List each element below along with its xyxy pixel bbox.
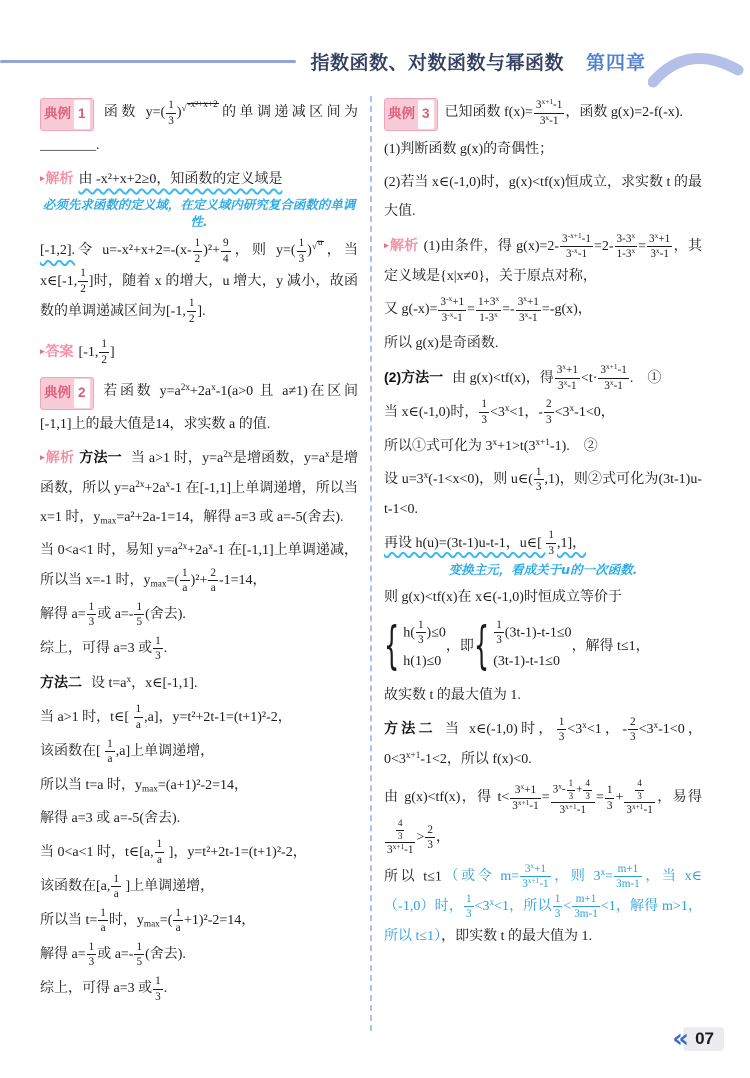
fraction-denominator: a <box>155 853 165 868</box>
math-text: 所以①式可化为 3x+1>t(3x+1-1). ② <box>384 439 598 454</box>
superscript: √u <box>312 241 324 251</box>
fraction-numerator: 1 <box>546 528 556 544</box>
fraction-denominator: 3 <box>567 791 575 803</box>
fraction-denominator: 3x-1 <box>647 247 672 262</box>
math-text: 当 x∈(-1,0)时，13<3x<1，-23<3x-1<0， <box>384 405 615 420</box>
math-text: 所以 g(x)是奇函数. <box>384 336 498 351</box>
fraction-numerator: 3x+1 <box>516 295 541 311</box>
text-line: 方法二当 x∈(-1,0)时，13<3x<1，-23<3x-1<0，0<3x+1… <box>384 714 702 774</box>
fraction-denominator: 3 <box>416 633 426 648</box>
fraction-numerator: 1 <box>105 737 115 753</box>
fraction-denominator: 3 <box>583 791 591 803</box>
blue-remark-text: （或令 m=3x+13x+1-1，则 3x=m+13m-1，当 x∈（-1,0）… <box>384 869 702 944</box>
system-of-inequalities: {h(13)≤0h(1)≤0 <box>384 618 446 676</box>
fraction-denominator: 1-3x <box>615 247 638 262</box>
fraction: 43 <box>634 778 644 802</box>
fraction-numerator: 3-3x <box>615 232 638 248</box>
fraction-denominator: 5 <box>134 615 144 630</box>
fraction: 13 <box>86 940 98 970</box>
fraction-denominator: 3x+1-1 <box>510 799 540 814</box>
textbook-page: 指数函数、对数函数与幂函数 第四章 典例1函数 y=(13)√-x²+x+2的单… <box>0 0 750 1078</box>
analysis-label: ▸解析 <box>384 237 419 253</box>
fraction: 1a <box>110 872 122 902</box>
math-text: 由 g(x)<tf(x)，得 t<3x+13x+1-1=3x-13+433x+1… <box>384 790 702 845</box>
fraction-denominator: 3 <box>87 955 97 970</box>
superscript: x <box>523 294 527 303</box>
math-text: 当 0<a<1 时，t∈[a,1a ]，y=t²+2t-1=(t+1)²-2， <box>40 845 307 860</box>
superscript: x <box>601 867 606 877</box>
math-text: 当 0<a<1 时，易知 y=a2x+2ax-1 在[-1,1]上单调递减，所以… <box>40 543 358 588</box>
superscript: x+1 <box>393 842 405 851</box>
math-text: 则 g(x)<tf(x)在 x∈(-1,0)时恒成立等价于 <box>384 590 622 605</box>
fraction: 1a <box>154 837 166 867</box>
wavy-underlined-text: 由 -x²+x+2≥0，知函数的定义域是 <box>79 172 283 187</box>
content-columns: 典例1函数 y=(13)√-x²+x+2的单调递减区间为________.▸解析… <box>0 84 750 1046</box>
fraction-numerator: 1 <box>153 974 163 990</box>
fraction-numerator: 1 <box>111 872 121 888</box>
fraction-numerator: 3x+1 <box>647 232 672 248</box>
fraction: 23 <box>543 397 555 427</box>
fraction-numerator: 1 <box>134 600 144 616</box>
superscript: x <box>655 230 659 239</box>
text-line: 解得 a=13或 a=-15(舍去). <box>40 940 358 970</box>
superscript: -x <box>446 294 452 303</box>
case-row: h(1)≤0 <box>403 649 446 676</box>
math-text: [-1,12] <box>79 345 115 360</box>
superscript: x <box>530 861 534 870</box>
math-text: 综上，可得 a=3 或13. <box>40 641 167 656</box>
fraction-denominator: 3 <box>87 615 97 630</box>
fraction-numerator: 1 <box>87 600 97 616</box>
text-line: 所以 t≤1（或令 m=3x+13x+1-1，则 3x=m+13m-1，当 x∈… <box>384 862 702 952</box>
superscript: x <box>654 720 659 730</box>
fraction-numerator: 3x-13+43 <box>551 778 595 803</box>
fraction: 1a <box>97 906 109 936</box>
fraction: 12 <box>186 296 198 326</box>
superscript: x <box>656 246 660 255</box>
wavy-underlined-text: 再设 h(u)=(3t-1)u-t-1，u∈[ 13,1]， <box>384 536 586 551</box>
fraction: 13 <box>296 236 308 266</box>
fraction: 12 <box>98 337 110 367</box>
fraction-numerator: 1 <box>193 236 203 252</box>
fraction-denominator: 3 <box>479 413 489 428</box>
superscript: x <box>505 403 510 413</box>
superscript: x <box>211 382 216 392</box>
fraction-denominator: 3x+1-1 <box>520 877 550 892</box>
fraction: 15 <box>133 940 145 970</box>
math-text: 由 -x²+x+2≥0，知函数的定义域是 <box>79 172 283 187</box>
fraction-denominator: a <box>173 921 183 936</box>
fraction-denominator: 3 <box>166 114 176 129</box>
fraction: 43 <box>395 818 405 842</box>
fraction-numerator: 1 <box>155 837 165 853</box>
fraction-numerator: 1 <box>166 98 176 114</box>
text-line: 解得 a=3 或 a=-5(舍去). <box>40 804 358 833</box>
math-text: 由 g(x)<tf(x)，得3x+13x-1<t·3x+1-13x-1. ① <box>452 371 661 386</box>
fraction: 3x+13x+1-1 <box>519 862 551 892</box>
superscript: √-x²+x+2 <box>182 103 219 113</box>
fraction-denominator: a <box>134 718 144 733</box>
text-line: 设 u=3x(-1<x<0)，则 u∈(13,1)，则②式可化为(3t-1)u-… <box>384 465 702 525</box>
superscript: x+1 <box>606 362 618 371</box>
superscript: x <box>495 294 499 303</box>
text-line: ▸答案[-1,12] <box>40 337 358 368</box>
fraction: 23 <box>627 715 639 745</box>
fraction-denominator: 1-3x <box>476 311 501 326</box>
text-line: 由 g(x)<tf(x)，得 t<3x+13x+1-1=3x-13+433x+1… <box>384 778 702 858</box>
fraction-numerator: 1 <box>464 892 474 908</box>
fraction: 94 <box>220 236 232 266</box>
fraction-denominator: 2 <box>78 282 88 297</box>
text-line: {h(13)≤0h(1)≤0，即{13(3t-1)-t-1≤0(3t-1)-t-… <box>384 617 702 677</box>
math-text: 解得 a=13或 a=-15(舍去). <box>40 947 186 962</box>
fraction-numerator: 1 <box>153 634 163 650</box>
wavy-underlined-text: [-1,2]. <box>40 243 75 258</box>
fraction-denominator: 3x-1 <box>516 311 541 326</box>
left-brace: { <box>384 594 399 700</box>
superscript: 2x <box>178 541 187 551</box>
fraction: 12 <box>192 236 204 266</box>
fraction: 3x+13x-1 <box>515 295 542 325</box>
text-line: 故实数 t 的最大值为 1. <box>384 681 702 710</box>
fraction: m+13m-1 <box>571 892 601 922</box>
text-line: 又 g(-x)=3-x+13-x-1=1+3x1-3x=-3x+13x-1=-g… <box>384 295 702 325</box>
text-line: 所以①式可化为 3x+1>t(3x+1-1). ② <box>384 432 702 461</box>
fraction-denominator: a <box>111 887 121 902</box>
fraction: 433x+1-1 <box>384 818 416 858</box>
math-text: 当 a>1 时，t∈[ 1a,a]，y=t²+2t-1=(t+1)²-2， <box>40 710 292 725</box>
text-line: (2)方法一由 g(x)<tf(x)，得3x+13x-1<t·3x+1-13x-… <box>384 363 702 394</box>
fraction-denominator: 3 <box>605 799 615 814</box>
example-question: 典例1函数 y=(13)√-x²+x+2的单调递减区间为________. <box>40 98 358 160</box>
example-question: 典例2若函数 y=a2x+2ax-1(a>0 且 a≠1)在区间[-1,1]上的… <box>40 377 358 439</box>
case-rows: 13(3t-1)-t-1≤0(3t-1)-t-1≤0 <box>493 618 571 676</box>
radical-sign: √ <box>182 103 187 113</box>
fraction-numerator: 1 <box>134 702 144 718</box>
subscript: max <box>144 918 160 928</box>
fraction: 13 <box>463 892 475 922</box>
radical-sign: √ <box>312 241 317 251</box>
fraction-numerator: 3x+1 <box>555 363 580 379</box>
fraction-numerator: 4 <box>396 818 404 831</box>
fraction-denominator: 3 <box>297 252 307 267</box>
text-line: (2)若当 x∈(-1,0)时，g(x)<tf(x)恒成立，求实数 t 的最大值… <box>384 168 702 227</box>
text-line: 所以当 t=1a时，ymax=(1a+1)²-2=14， <box>40 906 358 936</box>
fraction: 1a <box>133 702 145 732</box>
fraction: 13 <box>152 634 164 664</box>
fraction-denominator: 5 <box>134 955 144 970</box>
fraction-denominator: 3 <box>534 480 544 495</box>
text-line: 综上，可得 a=3 或13. <box>40 634 358 664</box>
superscript: x <box>525 310 529 319</box>
fraction: 1a <box>179 566 191 596</box>
text-line: 当 0<a<1 时，t∈[a,1a ]，y=t²+2t-1=(t+1)²-2， <box>40 837 358 867</box>
math-text: {h(13)≤0h(1)≤0，即{13(3t-1)-t-1≤0(3t-1)-t-… <box>384 639 650 654</box>
example-badge: 典例2 <box>40 377 94 409</box>
superscript: -x+1 <box>568 230 582 239</box>
page-number-badge: « 07 <box>672 1026 724 1052</box>
analysis-label: ▸解析 <box>40 449 74 465</box>
fraction-numerator: 3x+1-1 <box>598 363 628 379</box>
math-text: 解得 a=13或 a=-15(舍去). <box>40 607 186 622</box>
superscript: x+1 <box>535 436 549 446</box>
double-chevron-icon: « <box>672 1026 689 1052</box>
superscript: x <box>562 362 566 371</box>
superscript: x <box>631 230 635 239</box>
superscript: x+1 <box>632 802 644 811</box>
system-of-inequalities: {13(3t-1)-t-1≤0(3t-1)-t-1≤0 <box>474 618 572 676</box>
fraction: 3-x+13-x-1 <box>437 295 467 325</box>
fraction: 12 <box>77 266 89 296</box>
text-line: 再设 h(u)=(3t-1)u-t-1，u∈[ 13,1]， <box>384 528 702 558</box>
answer-label: ▸答案 <box>40 343 74 359</box>
superscript: x <box>208 541 213 551</box>
fraction-denominator: 3m-1 <box>614 877 642 892</box>
chapter-title: 指数函数、对数函数与幂函数 <box>310 48 564 75</box>
radicand: u <box>317 241 324 242</box>
example-badge-number: 2 <box>74 379 90 407</box>
method-heading: 方法二 <box>384 720 436 736</box>
fraction-denominator: 2 <box>193 252 203 267</box>
case-row: (3t-1)-t-1≤0 <box>493 649 571 676</box>
fraction-numerator: 2 <box>544 397 554 413</box>
math-text: 设 u=3x(-1<x<0)，则 u∈(13,1)，则②式可化为(3t-1)u-… <box>384 472 702 517</box>
math-text: 变换主元，看成关于u的一次函数. <box>449 562 638 577</box>
superscript: x <box>570 403 575 413</box>
fraction-denominator: 3x-1 <box>534 114 564 129</box>
triangle-bullet-icon: ▸ <box>40 452 45 462</box>
superscript: x <box>493 436 498 446</box>
fraction-numerator: 1 <box>98 906 108 922</box>
fraction: 13 <box>86 600 98 630</box>
triangle-bullet-icon: ▸ <box>40 173 45 183</box>
fraction: 13 <box>604 783 616 813</box>
fraction-denominator: 3 <box>557 730 567 745</box>
fraction: 3x+13x-1 <box>554 363 581 393</box>
fraction-denominator: 3 <box>635 791 643 803</box>
fraction: 3x+1-13x-1 <box>597 363 629 393</box>
fraction-numerator: 1 <box>78 266 88 282</box>
text-line: 当 x∈(-1,0)时，13<3x<1，-23<3x-1<0， <box>384 397 702 427</box>
example-badge: 典例3 <box>384 98 438 130</box>
superscript: 2x <box>223 449 232 459</box>
math-text: [-1,2].令 u=-x²+x+2=-(x-12)²+94，则 y=(13)√… <box>40 243 358 318</box>
fraction: 13 <box>493 618 505 648</box>
text-line: 该函数在[a,1a ]上单调递增， <box>40 872 358 902</box>
math-text: 所以当 t=a 时，ymax=(a+1)²-2=14， <box>40 778 248 793</box>
fraction-numerator: 43 <box>624 778 654 803</box>
subscript: max <box>142 783 158 793</box>
fraction: 13 <box>165 98 177 128</box>
method-heading: 方法二 <box>40 674 82 690</box>
example-badge-number: 3 <box>418 100 434 128</box>
superscript: x+1 <box>528 876 540 885</box>
example-badge-number: 1 <box>74 100 90 128</box>
fraction-numerator: 1 <box>416 618 426 634</box>
fraction-numerator: 1 <box>557 715 567 731</box>
fraction: 15 <box>133 600 145 630</box>
fraction-denominator: 3 <box>544 413 554 428</box>
superscript: -x <box>447 310 453 319</box>
fraction-denominator: 4 <box>221 252 231 267</box>
superscript: x <box>325 449 330 459</box>
text-line: 当 0<a<1 时，易知 y=a2x+2ax-1 在[-1,1]上单调递减，所以… <box>40 536 358 596</box>
example-badge-label: 典例 <box>44 100 71 128</box>
subscript: max <box>151 578 167 588</box>
header-swoosh-decoration <box>648 42 744 94</box>
fraction: 13 <box>545 528 557 558</box>
fraction-denominator: 3x+1-1 <box>624 803 654 818</box>
text-line: 方法二设 t=ax，x∈[-1,1]. <box>40 668 358 698</box>
math-text: 综上，可得 a=3 或13. <box>40 981 167 996</box>
superscript: x+1 <box>542 97 554 106</box>
example-badge-label: 典例 <box>44 379 71 407</box>
math-text: 所以 t≤1（或令 m=3x+13x+1-1，则 3x=m+13m-1，当 x∈… <box>384 869 702 944</box>
fraction-denominator: 3-x-1 <box>560 247 593 262</box>
fraction: 13 <box>533 465 545 495</box>
method-heading: 方法一 <box>79 449 122 465</box>
math-text: (1)由条件，得 g(x)=2-3-x+1-13-x-1=2-3-3x1-3x=… <box>384 239 702 284</box>
page-number: 07 <box>683 1027 724 1051</box>
right-column: 典例3已知函数 f(x)=3x+1-13x-1，函数 g(x)=2-f(-x).… <box>384 94 702 1046</box>
fraction-numerator: 2 <box>425 823 435 839</box>
triangle-bullet-icon: ▸ <box>384 240 389 250</box>
fraction: 13 <box>556 715 568 745</box>
text-line: 解得 a=13或 a=-15(舍去). <box>40 600 358 630</box>
fraction-denominator: 3x-1 <box>555 379 580 394</box>
superscript: x <box>494 310 498 319</box>
teacher-note: 必须先求函数的定义域，在定义域内研究复合函数的单调性. <box>40 197 358 231</box>
fraction: 13 <box>552 892 564 922</box>
fraction-numerator: 1 <box>567 778 575 791</box>
fraction-denominator: 3-x-1 <box>438 311 466 326</box>
superscript: 2x <box>181 382 190 392</box>
chapter-number: 第四章 <box>586 48 646 75</box>
square-root: √u <box>312 241 324 251</box>
fraction-denominator: 3x-1 <box>598 379 628 394</box>
radicand: -x²+x+2 <box>187 103 219 104</box>
fraction: 3x+13x-1 <box>646 232 673 262</box>
left-brace: { <box>474 594 489 700</box>
superscript: x <box>424 470 429 480</box>
superscript: x <box>610 378 614 387</box>
fraction: 43 <box>582 778 592 802</box>
fraction: 3-3x1-3x <box>614 232 639 262</box>
fraction-numerator: 3x+1-1 <box>534 98 564 114</box>
fraction: m+13m-1 <box>613 862 643 892</box>
superscript: x <box>558 782 562 791</box>
math-text: (1)判断函数 g(x)的奇偶性； <box>384 142 553 157</box>
fraction: 13 <box>152 974 164 1004</box>
superscript: x <box>564 378 568 387</box>
fraction-denominator: 3 <box>425 838 435 853</box>
fraction-numerator: 1 <box>187 296 197 312</box>
superscript: x <box>545 113 549 122</box>
text-line: (1)判断函数 g(x)的奇偶性； <box>384 135 702 164</box>
fraction: 3x-13+433x+1-1 <box>550 778 596 818</box>
fraction-numerator: 1 <box>605 783 615 799</box>
subscript: max <box>100 515 116 525</box>
math-text: 解得 a=3 或 a=-5(舍去). <box>40 811 180 826</box>
fraction-denominator: 3 <box>153 649 163 664</box>
text-line: 当 a>1 时，t∈[ 1a,a]，y=t²+2t-1=(t+1)²-2， <box>40 702 358 732</box>
fraction-denominator: 3x+1-1 <box>385 843 415 858</box>
fraction-numerator: 3-x+1-1 <box>560 232 593 248</box>
fraction-numerator: 1 <box>99 337 109 353</box>
fraction-numerator: 3-x+1 <box>438 295 466 311</box>
fraction-numerator: 9 <box>221 236 231 252</box>
text-line: ▸解析方法一当 a>1 时，y=a2x是增函数，y=ax是增函数，所以 y=a2… <box>40 443 358 532</box>
fraction: 23 <box>424 823 436 853</box>
math-text: (2)若当 x∈(-1,0)时，g(x)<tf(x)恒成立，求实数 t 的最大值… <box>384 175 702 219</box>
fraction: 2a <box>207 566 219 596</box>
fraction: 1+3x1-3x <box>475 295 502 325</box>
fraction: 1a <box>172 906 184 936</box>
fraction-denominator: a <box>180 581 190 596</box>
superscript: 2x <box>135 478 144 488</box>
superscript: x+1 <box>518 798 530 807</box>
fraction-numerator: 1 <box>494 618 504 634</box>
column-divider <box>370 96 372 1031</box>
text-line: ▸解析由 -x²+x+2≥0，知函数的定义域是 <box>40 164 358 194</box>
fraction: 13 <box>415 618 427 648</box>
fraction-numerator: 4 <box>635 778 643 791</box>
fraction-numerator: 3x+1 <box>510 783 540 799</box>
fraction-numerator: 1 <box>87 940 97 956</box>
fraction-denominator: 3 <box>464 907 474 922</box>
math-text: 所以当 t=1a时，ymax=(1a+1)²-2=14， <box>40 913 255 928</box>
text-line: [-1,2].令 u=-x²+x+2=-(x-12)²+94，则 y=(13)√… <box>40 236 358 326</box>
math-text: 又 g(-x)=3-x+13-x-1=1+3x1-3x=-3x+13x-1=-g… <box>384 302 592 317</box>
fraction-denominator: 2 <box>99 353 109 368</box>
fraction-numerator: 3x+1 <box>520 862 550 878</box>
superscript: x <box>127 674 132 684</box>
fraction: 3-x+1-13-x-1 <box>559 232 594 262</box>
superscript: x <box>166 478 171 488</box>
superscript: -x <box>572 246 578 255</box>
superscript: x <box>631 246 635 255</box>
math-text: 已知函数 f(x)=3x+1-13x-1，函数 g(x)=2-f(-x). <box>445 105 683 120</box>
fraction-denominator: 3 <box>553 907 563 922</box>
fraction-denominator: 3 <box>396 831 404 843</box>
fraction-denominator: a <box>208 581 218 596</box>
math-text: 故实数 t 的最大值为 1. <box>384 688 521 703</box>
fraction-denominator: a <box>105 752 115 767</box>
fraction-numerator: 1 <box>297 236 307 252</box>
text-line: 该函数在[ 1a,a]上单调递增， <box>40 737 358 767</box>
triangle-bullet-icon: ▸ <box>40 346 45 356</box>
text-line: 综上，可得 a=3 或13. <box>40 974 358 1004</box>
fraction-denominator: 3m-1 <box>572 907 600 922</box>
fraction-denominator: 3 <box>546 544 556 559</box>
math-text: 必须先求函数的定义域，在定义域内研究复合函数的单调性. <box>43 197 356 229</box>
text-line: 所以 g(x)是奇函数. <box>384 329 702 358</box>
fraction-numerator: 2 <box>208 566 218 582</box>
fraction-numerator: 1 <box>534 465 544 481</box>
text-line: 则 g(x)<tf(x)在 x∈(-1,0)时恒成立等价于 <box>384 583 702 612</box>
fraction: 3x+13x+1-1 <box>509 783 541 813</box>
fraction-numerator: 1 <box>134 940 144 956</box>
example-question: 典例3已知函数 f(x)=3x+1-13x-1，函数 g(x)=2-f(-x). <box>384 98 702 131</box>
case-row: 13(3t-1)-t-1≤0 <box>493 618 571 648</box>
fraction-numerator: 1+3x <box>476 295 501 311</box>
fraction-numerator: 1 <box>553 892 563 908</box>
method-heading: (2)方法一 <box>384 369 443 385</box>
fraction: 13 <box>566 778 576 802</box>
fraction-numerator: 1 <box>180 566 190 582</box>
fraction: 1a <box>104 737 116 767</box>
superscript: x <box>490 897 495 907</box>
